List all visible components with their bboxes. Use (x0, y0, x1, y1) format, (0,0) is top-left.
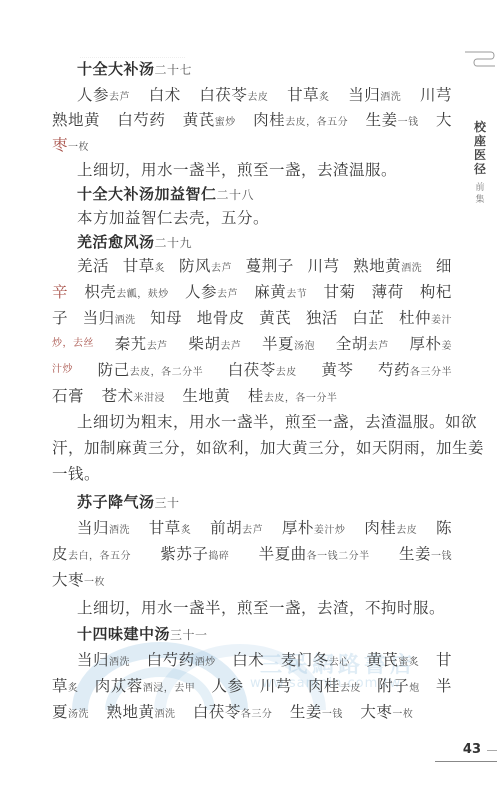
herb: 白芷 (352, 306, 384, 330)
herb-note: 炙 (319, 92, 330, 103)
herb: 熟地黄 (106, 703, 154, 721)
herb-note: 炙 (68, 683, 79, 694)
ingredient-line: 当归酒洗 甘草炙 前胡去芦 厚朴姜汁炒 肉桂去皮 陈 (77, 516, 452, 540)
recipe-number: 二十七 (155, 63, 193, 77)
herb-note: 酒洗 (109, 525, 130, 536)
herb-note: 去节 (286, 289, 307, 300)
herb-note: 去皮 (396, 525, 417, 536)
herb: 黄芪 (183, 111, 215, 129)
ingredient-line: 子 当归酒洗 知母 地骨皮 黄芪 独活 白芷 杜仲姜汁 (52, 306, 452, 330)
herb: 枣 (52, 136, 68, 154)
herb: 知母 (150, 306, 182, 330)
herb: 石膏 (52, 387, 84, 405)
herb: 子 (52, 306, 68, 330)
herb: 细 (436, 254, 452, 278)
section-label-char: 集 (471, 194, 489, 206)
herb: 川芎 (420, 83, 452, 107)
herb-note: 酒洗 (401, 263, 422, 274)
herb-note: 一枚 (68, 142, 89, 153)
herb: 皮 (52, 545, 68, 563)
herb: 生姜 (290, 703, 322, 721)
herb: 前胡 (210, 519, 242, 537)
herb: 防己 (98, 361, 130, 379)
book-title-char: 径 (471, 162, 489, 176)
herb: 白术 (232, 648, 264, 672)
herb: 白芍药 (117, 108, 165, 132)
herb: 桂 (248, 387, 264, 405)
herb-note: 米泔浸 (133, 393, 165, 404)
recipe-name: 羌活愈风汤 (77, 233, 155, 251)
herb-note: 炒，去丝 (52, 332, 94, 356)
ingredient-line: 辛 枳壳去瓤，麸炒 人参去芦 麻黄去节 甘菊 薄荷 枸杞 (52, 280, 452, 304)
instruction: 本方加益智仁去壳，五分。 (77, 206, 452, 230)
ingredient-line: 石膏 苍术米泔浸 生地黄 桂去皮，各一分半 (52, 384, 452, 408)
page-number-dash (487, 750, 497, 751)
herb: 白术 (149, 83, 181, 107)
herb: 秦艽 (115, 335, 147, 353)
herb-note: 去皮，各二分半 (130, 367, 204, 378)
herb: 肉桂 (364, 519, 396, 537)
herb-note: 去芦 (242, 525, 263, 536)
herb: 紫苏子 (160, 545, 208, 563)
herb: 当归 (77, 519, 109, 537)
herb: 肉苁蓉 (95, 677, 143, 695)
ingredient-line: 夏汤洗 熟地黄酒洗 白茯苓各三分 生姜一钱 大枣一枚 (52, 700, 452, 724)
herb: 当归 (348, 86, 380, 104)
herb: 芍药 (378, 361, 410, 379)
herb: 白茯苓 (199, 86, 247, 104)
page-number: 43 (463, 742, 481, 757)
herb-note: 去芦 (368, 341, 389, 352)
recipe-title: 苏子降气汤三十 (77, 490, 452, 514)
instruction: 上细切为粗末，用水一盏半，煎至一盏，去渣温服。如欲 (77, 410, 452, 434)
herb: 当归 (77, 651, 109, 669)
herb: 大 (436, 108, 452, 132)
recipe-title: 十四味建中汤三十一 (77, 622, 452, 646)
ingredient-line: 熟地黄 白芍药 黄芪蜜炒 肉桂去皮，各五分 生姜一钱 大 (52, 108, 452, 132)
herb-note: 酒洗 (380, 92, 401, 103)
recipe-name: 十全大补汤加益智仁 (77, 185, 217, 203)
instruction: 上细切，用水一盏半，煎至一盏，去渣，不拘时服。 (77, 596, 452, 620)
herb: 苍术 (101, 387, 133, 405)
herb: 枳壳 (84, 283, 116, 301)
herb-note: 一钱 (398, 117, 419, 128)
ingredient-line: 汁炒 防己去皮，各二分半 白茯苓去皮 黄芩 芍药各三分半 (52, 358, 452, 382)
herb: 川芎 (307, 254, 339, 278)
herb: 肉桂 (308, 677, 340, 695)
recipe-title: 十全大补汤二十七 (77, 57, 452, 81)
herb: 白茯苓 (228, 361, 276, 379)
herb: 半夏曲 (259, 545, 307, 563)
herb: 半夏 (262, 335, 294, 353)
instruction: 汗，加制麻黄三分，如欲利，加大黄三分，如天阴雨，加生姜 (52, 436, 452, 460)
recipe-name: 十四味建中汤 (77, 625, 170, 643)
herb: 熟地黄 (52, 108, 100, 132)
paperclip-ornament-icon (463, 50, 497, 70)
ingredient-line: 人参去芦 白术 白茯苓去皮 甘草炙 当归酒洗 川芎 (77, 83, 452, 107)
herb: 白茯苓 (193, 703, 241, 721)
herb-note: 去皮，各一分半 (264, 393, 338, 404)
herb: 川芎 (260, 674, 292, 698)
recipe-number: 二十八 (217, 188, 255, 202)
herb: 大枣 (52, 571, 84, 589)
herb-note: 去芦 (147, 341, 168, 352)
herb: 甘草 (123, 257, 155, 275)
herb-note: 汤泡 (294, 341, 315, 352)
herb: 厚朴 (282, 519, 314, 537)
recipe-title: 羌活愈风汤二十九 (77, 230, 452, 254)
recipe-title: 十全大补汤加益智仁二十八 (77, 182, 452, 206)
herb-note: 酒炒 (195, 657, 216, 668)
ingredient-line: 草炙 肉苁蓉酒浸，去甲 人参 川芎 肉桂去皮 附子炮 半 (52, 674, 452, 698)
herb: 全胡 (336, 335, 368, 353)
herb: 甘菊 (323, 280, 355, 304)
herb: 薄荷 (372, 280, 404, 304)
herb-note: 炮 (409, 683, 420, 694)
herb-note: 去芦 (109, 92, 130, 103)
herb: 人参 (77, 86, 109, 104)
herb: 草 (52, 677, 68, 695)
herb: 熟地黄 (353, 257, 401, 275)
herb-note: 各三分 (241, 709, 273, 720)
herb: 生姜 (399, 545, 431, 563)
herb: 黄芩 (321, 358, 353, 382)
herb: 附子 (377, 677, 409, 695)
book-title-char: 医 (471, 148, 489, 162)
herb-note: 捣碎 (208, 551, 229, 562)
herb: 人参 (211, 674, 243, 698)
herb: 白芍药 (147, 651, 195, 669)
ingredient-line: 炒，去丝 秦艽去芦 柴胡去芦 半夏汤泡 全胡去芦 厚朴姜 (52, 332, 452, 356)
herb: 夏 (52, 703, 68, 721)
herb: 当归 (83, 309, 115, 327)
herb: 柴胡 (188, 335, 220, 353)
herb: 甘 (436, 648, 452, 672)
herb: 蔓荆子 (246, 254, 294, 278)
herb-note: 一钱 (322, 709, 343, 720)
herb: 杜仲 (399, 309, 431, 327)
herb: 大枣 (360, 703, 392, 721)
instruction: 上细切，用水一盏半，煎至一盏，去渣温服。 (77, 158, 452, 182)
book-title-char: 座 (471, 134, 489, 148)
section-label-char: 前 (471, 182, 489, 194)
herb: 地骨皮 (197, 306, 245, 330)
herb: 枸杞 (420, 280, 452, 304)
herb: 独活 (306, 306, 338, 330)
herb: 麦门冬 (281, 651, 329, 669)
ingredient-line: 羌活 甘草炙 防风去芦 蔓荆子 川芎 熟地黄酒洗 细 (77, 254, 452, 278)
instruction: 一钱。 (52, 462, 452, 486)
herb-note: 炙 (155, 263, 166, 274)
herb: 甘草 (149, 519, 181, 537)
herb-note: 姜汁炒 (314, 525, 346, 536)
herb: 黄芪 (259, 306, 291, 330)
herb: 生地黄 (182, 387, 230, 405)
ingredient-line: 当归酒洗 白芍药酒炒 白术 麦门冬去心 黄芪蜜炙 甘 (77, 648, 452, 672)
herb: 肉桂 (253, 111, 285, 129)
recipe-number: 二十九 (155, 236, 193, 250)
page-number-rule (435, 761, 497, 762)
herb: 麻黄 (254, 283, 286, 301)
herb: 防风 (179, 257, 211, 275)
herb: 生姜 (366, 111, 398, 129)
herb: 羌活 (77, 254, 109, 278)
herb-note: 去瓤，麸炒 (116, 289, 169, 300)
herb-note: 一枚 (392, 709, 413, 720)
herb-note: 蜜炙 (398, 657, 419, 668)
herb-note: 去皮 (340, 683, 361, 694)
herb-note: 各一钱二分半 (307, 551, 370, 562)
herb-note: 一钱 (431, 551, 452, 562)
herb-note: 酒洗 (154, 709, 175, 720)
ingredient-line: 大枣一枚 (52, 568, 452, 592)
herb: 人参 (185, 283, 217, 301)
herb-note: 汤洗 (68, 709, 89, 720)
recipe-name: 苏子降气汤 (77, 493, 155, 511)
herb-note: 酒洗 (109, 657, 130, 668)
herb-note: 各三分半 (410, 367, 452, 378)
herb-note: 去芦 (220, 341, 241, 352)
herb-note: 去心 (329, 657, 350, 668)
recipe-number: 三十一 (170, 628, 208, 642)
herb-note: 去芦 (211, 263, 232, 274)
herb-note: 去皮 (247, 92, 268, 103)
herb-note: 炙 (181, 525, 192, 536)
herb-note: 去芦 (217, 289, 238, 300)
herb-note: 酒洗 (115, 315, 136, 326)
herb: 辛 (52, 280, 68, 304)
herb: 陈 (436, 516, 452, 540)
herb: 半 (436, 674, 452, 698)
ingredient-line: 皮去白，各五分 紫苏子捣碎 半夏曲各一钱二分半 生姜一钱 (52, 542, 452, 566)
running-header: 校 座 医 径 前 集 (471, 120, 489, 206)
herb-note: 蜜炒 (215, 117, 236, 128)
herb-note: 汁炒 (52, 358, 73, 382)
book-title-char: 校 (471, 120, 489, 134)
recipe-name: 十全大补汤 (77, 60, 155, 78)
herb-note: 姜汁 (431, 315, 452, 326)
herb-note: 姜 (441, 341, 452, 352)
herb: 甘草 (287, 86, 319, 104)
herb-note: 一枚 (84, 577, 105, 588)
recipe-number: 三十 (155, 496, 180, 510)
herb-note: 酒浸，去甲 (143, 683, 196, 694)
herb: 厚朴 (409, 335, 441, 353)
herb-note: 去白，各五分 (68, 551, 131, 562)
herb-note: 去皮 (276, 367, 297, 378)
ingredient-line: 枣一枚 (52, 133, 452, 157)
herb: 黄芪 (366, 651, 398, 669)
herb-note: 去皮，各五分 (285, 117, 348, 128)
